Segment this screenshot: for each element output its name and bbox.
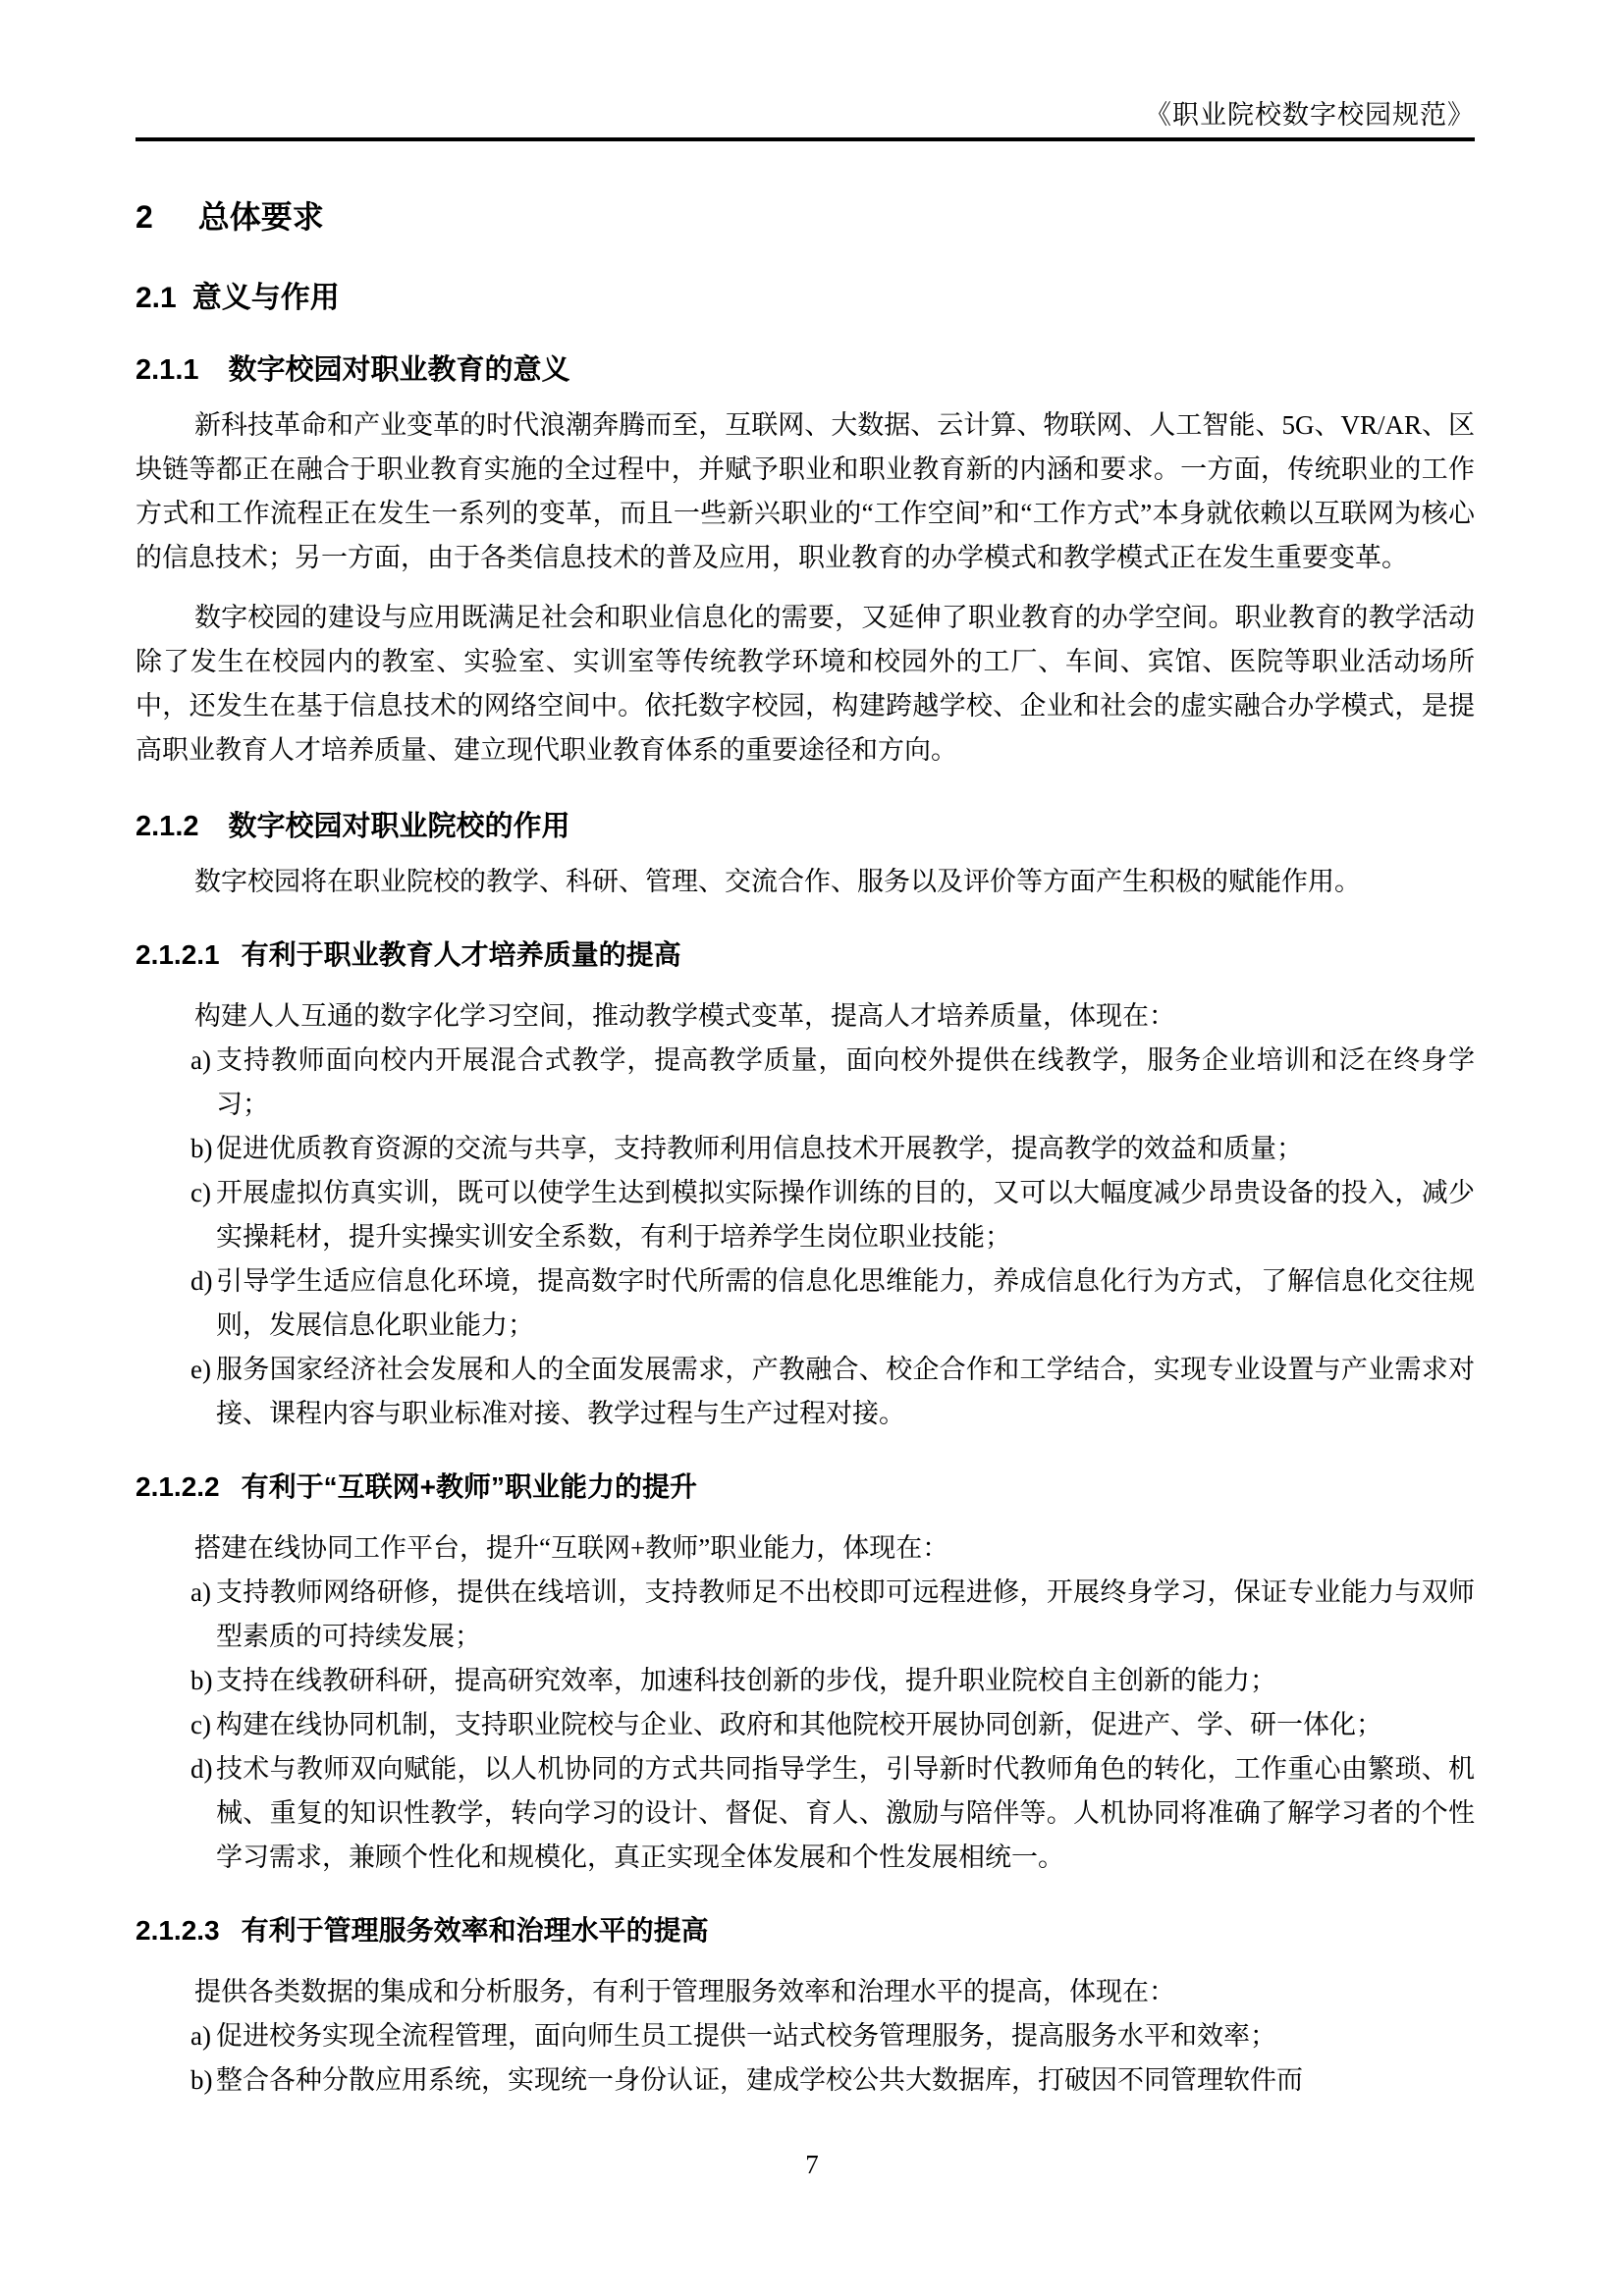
heading-title: 有利于“互联网+教师”职业能力的提升 (242, 1471, 697, 1502)
paragraph: 数字校园将在职业院校的教学、科研、管理、交流合作、服务以及评价等方面产生积极的赋… (135, 860, 1475, 904)
list-marker: b) (190, 2058, 213, 2103)
heading-2-1: 2.1意义与作用 (135, 273, 1475, 316)
heading-number: 2.1.2.3 (135, 1915, 220, 1946)
heading-number: 2.1 (135, 282, 177, 314)
list-item-text: 支持在线教研科研，提高研究效率，加速科技创新的步伐，提升职业院校自主创新的能力； (216, 1666, 1276, 1695)
lettered-list: a) 促进校务实现全流程管理，面向师生员工提供一站式校务管理服务，提高服务水平和… (135, 2014, 1475, 2103)
header-title: 《职业院校数字校园规范》 (135, 98, 1475, 132)
section-intro: 提供各类数据的集成和分析服务，有利于管理服务效率和治理水平的提高，体现在： (194, 1970, 1475, 2014)
list-marker: a) (190, 1571, 211, 1615)
list-item: d) 技术与教师双向赋能，以人机协同的方式共同指导学生，引导新时代教师角色的转化… (135, 1747, 1475, 1880)
page-header: 《职业院校数字校园规范》 (135, 0, 1475, 141)
list-item: a) 促进校务实现全流程管理，面向师生员工提供一站式校务管理服务，提高服务水平和… (135, 2014, 1475, 2058)
list-item-text: 开展虚拟仿真实训，既可以使学生达到模拟实际操作训练的目的，又可以大幅度减少昂贵设… (216, 1178, 1475, 1252)
heading-title: 意义与作用 (192, 282, 340, 314)
list-item-text: 整合各种分散应用系统，实现统一身份认证，建成学校公共大数据库，打破因不同管理软件… (216, 2065, 1303, 2095)
heading-2-1-1: 2.1.1数字校园对职业教育的意义 (135, 347, 1475, 388)
list-item-text: 构建在线协同机制，支持职业院校与企业、政府和其他院校开展协同创新，促进产、学、研… (216, 1710, 1382, 1739)
list-item-text: 引导学生适应信息化环境，提高数字时代所需的信息化思维能力，养成信息化行为方式，了… (216, 1266, 1475, 1340)
list-marker: e) (190, 1348, 211, 1392)
list-item: c) 构建在线协同机制，支持职业院校与企业、政府和其他院校开展协同创新，促进产、… (135, 1703, 1475, 1747)
heading-title: 有利于职业教育人才培养质量的提高 (242, 939, 681, 970)
list-marker: d) (190, 1259, 213, 1304)
heading-title: 有利于管理服务效率和治理水平的提高 (242, 1915, 709, 1946)
paragraph: 数字校园的建设与应用既满足社会和职业信息化的需要，又延伸了职业教育的办学空间。职… (135, 596, 1475, 773)
heading-number: 2.1.1 (135, 354, 199, 386)
heading-2: 2总体要求 (135, 192, 1475, 238)
document-body: 2总体要求 2.1意义与作用 2.1.1数字校园对职业教育的意义 新科技革命和产… (0, 192, 1624, 2103)
heading-title: 数字校园对职业教育的意义 (229, 354, 570, 386)
list-marker: c) (190, 1171, 211, 1215)
list-item-text: 支持教师面向校内开展混合式教学，提高教学质量，面向校外提供在线教学，服务企业培训… (216, 1045, 1475, 1119)
heading-number: 2 (135, 199, 153, 235)
heading-number: 2.1.2.2 (135, 1471, 220, 1502)
list-item-text: 支持教师网络研修，提供在线培训，支持教师足不出校即可远程进修，开展终身学习，保证… (216, 1577, 1475, 1651)
list-marker: d) (190, 1747, 213, 1791)
list-item-text: 技术与教师双向赋能，以人机协同的方式共同指导学生，引导新时代教师角色的转化，工作… (216, 1754, 1475, 1872)
heading-2-1-2-1: 2.1.2.1有利于职业教育人才培养质量的提高 (135, 934, 1475, 973)
list-marker: a) (190, 2014, 211, 2058)
lettered-list: a) 支持教师面向校内开展混合式教学，提高教学质量，面向校外提供在线教学，服务企… (135, 1039, 1475, 1436)
paragraph: 新科技革命和产业变革的时代浪潮奔腾而至，互联网、大数据、云计算、物联网、人工智能… (135, 403, 1475, 580)
heading-2-1-2-3: 2.1.2.3有利于管理服务效率和治理水平的提高 (135, 1909, 1475, 1949)
heading-number: 2.1.2 (135, 811, 199, 842)
list-marker: a) (190, 1039, 211, 1083)
section-intro: 构建人人互通的数字化学习空间，推动教学模式变革，提高人才培养质量，体现在： (194, 994, 1475, 1039)
heading-number: 2.1.2.1 (135, 939, 220, 970)
lettered-list: a) 支持教师网络研修，提供在线培训，支持教师足不出校即可远程进修，开展终身学习… (135, 1571, 1475, 1880)
list-marker: c) (190, 1703, 211, 1747)
list-item: a) 支持教师网络研修，提供在线培训，支持教师足不出校即可远程进修，开展终身学习… (135, 1571, 1475, 1659)
list-item: b) 支持在线教研科研，提高研究效率，加速科技创新的步伐，提升职业院校自主创新的… (135, 1659, 1475, 1703)
list-item: e) 服务国家经济社会发展和人的全面发展需求，产教融合、校企合作和工学结合，实现… (135, 1348, 1475, 1436)
list-marker: b) (190, 1127, 213, 1171)
list-item: c) 开展虚拟仿真实训，既可以使学生达到模拟实际操作训练的目的，又可以大幅度减少… (135, 1171, 1475, 1259)
list-marker: b) (190, 1659, 213, 1703)
list-item: b) 促进优质教育资源的交流与共享，支持教师利用信息技术开展教学，提高教学的效益… (135, 1127, 1475, 1171)
list-item-text: 促进优质教育资源的交流与共享，支持教师利用信息技术开展教学，提高教学的效益和质量… (216, 1134, 1303, 1163)
heading-title: 总体要求 (198, 199, 324, 235)
list-item: a) 支持教师面向校内开展混合式教学，提高教学质量，面向校外提供在线教学，服务企… (135, 1039, 1475, 1127)
document-page: 《职业院校数字校园规范》 2总体要求 2.1意义与作用 2.1.1数字校园对职业… (0, 0, 1624, 2296)
section-intro: 搭建在线协同工作平台，提升“互联网+教师”职业能力，体现在： (194, 1526, 1475, 1571)
list-item: b) 整合各种分散应用系统，实现统一身份认证，建成学校公共大数据库，打破因不同管… (135, 2058, 1475, 2103)
heading-title: 数字校园对职业院校的作用 (229, 811, 570, 842)
list-item-text: 服务国家经济社会发展和人的全面发展需求，产教融合、校企合作和工学结合，实现专业设… (216, 1355, 1475, 1428)
heading-2-1-2: 2.1.2数字校园对职业院校的作用 (135, 804, 1475, 844)
list-item: d) 引导学生适应信息化环境，提高数字时代所需的信息化思维能力，养成信息化行为方… (135, 1259, 1475, 1348)
list-item-text: 促进校务实现全流程管理，面向师生员工提供一站式校务管理服务，提高服务水平和效率； (216, 2021, 1276, 2051)
page-number: 7 (0, 2150, 1624, 2180)
heading-2-1-2-2: 2.1.2.2有利于“互联网+教师”职业能力的提升 (135, 1466, 1475, 1505)
